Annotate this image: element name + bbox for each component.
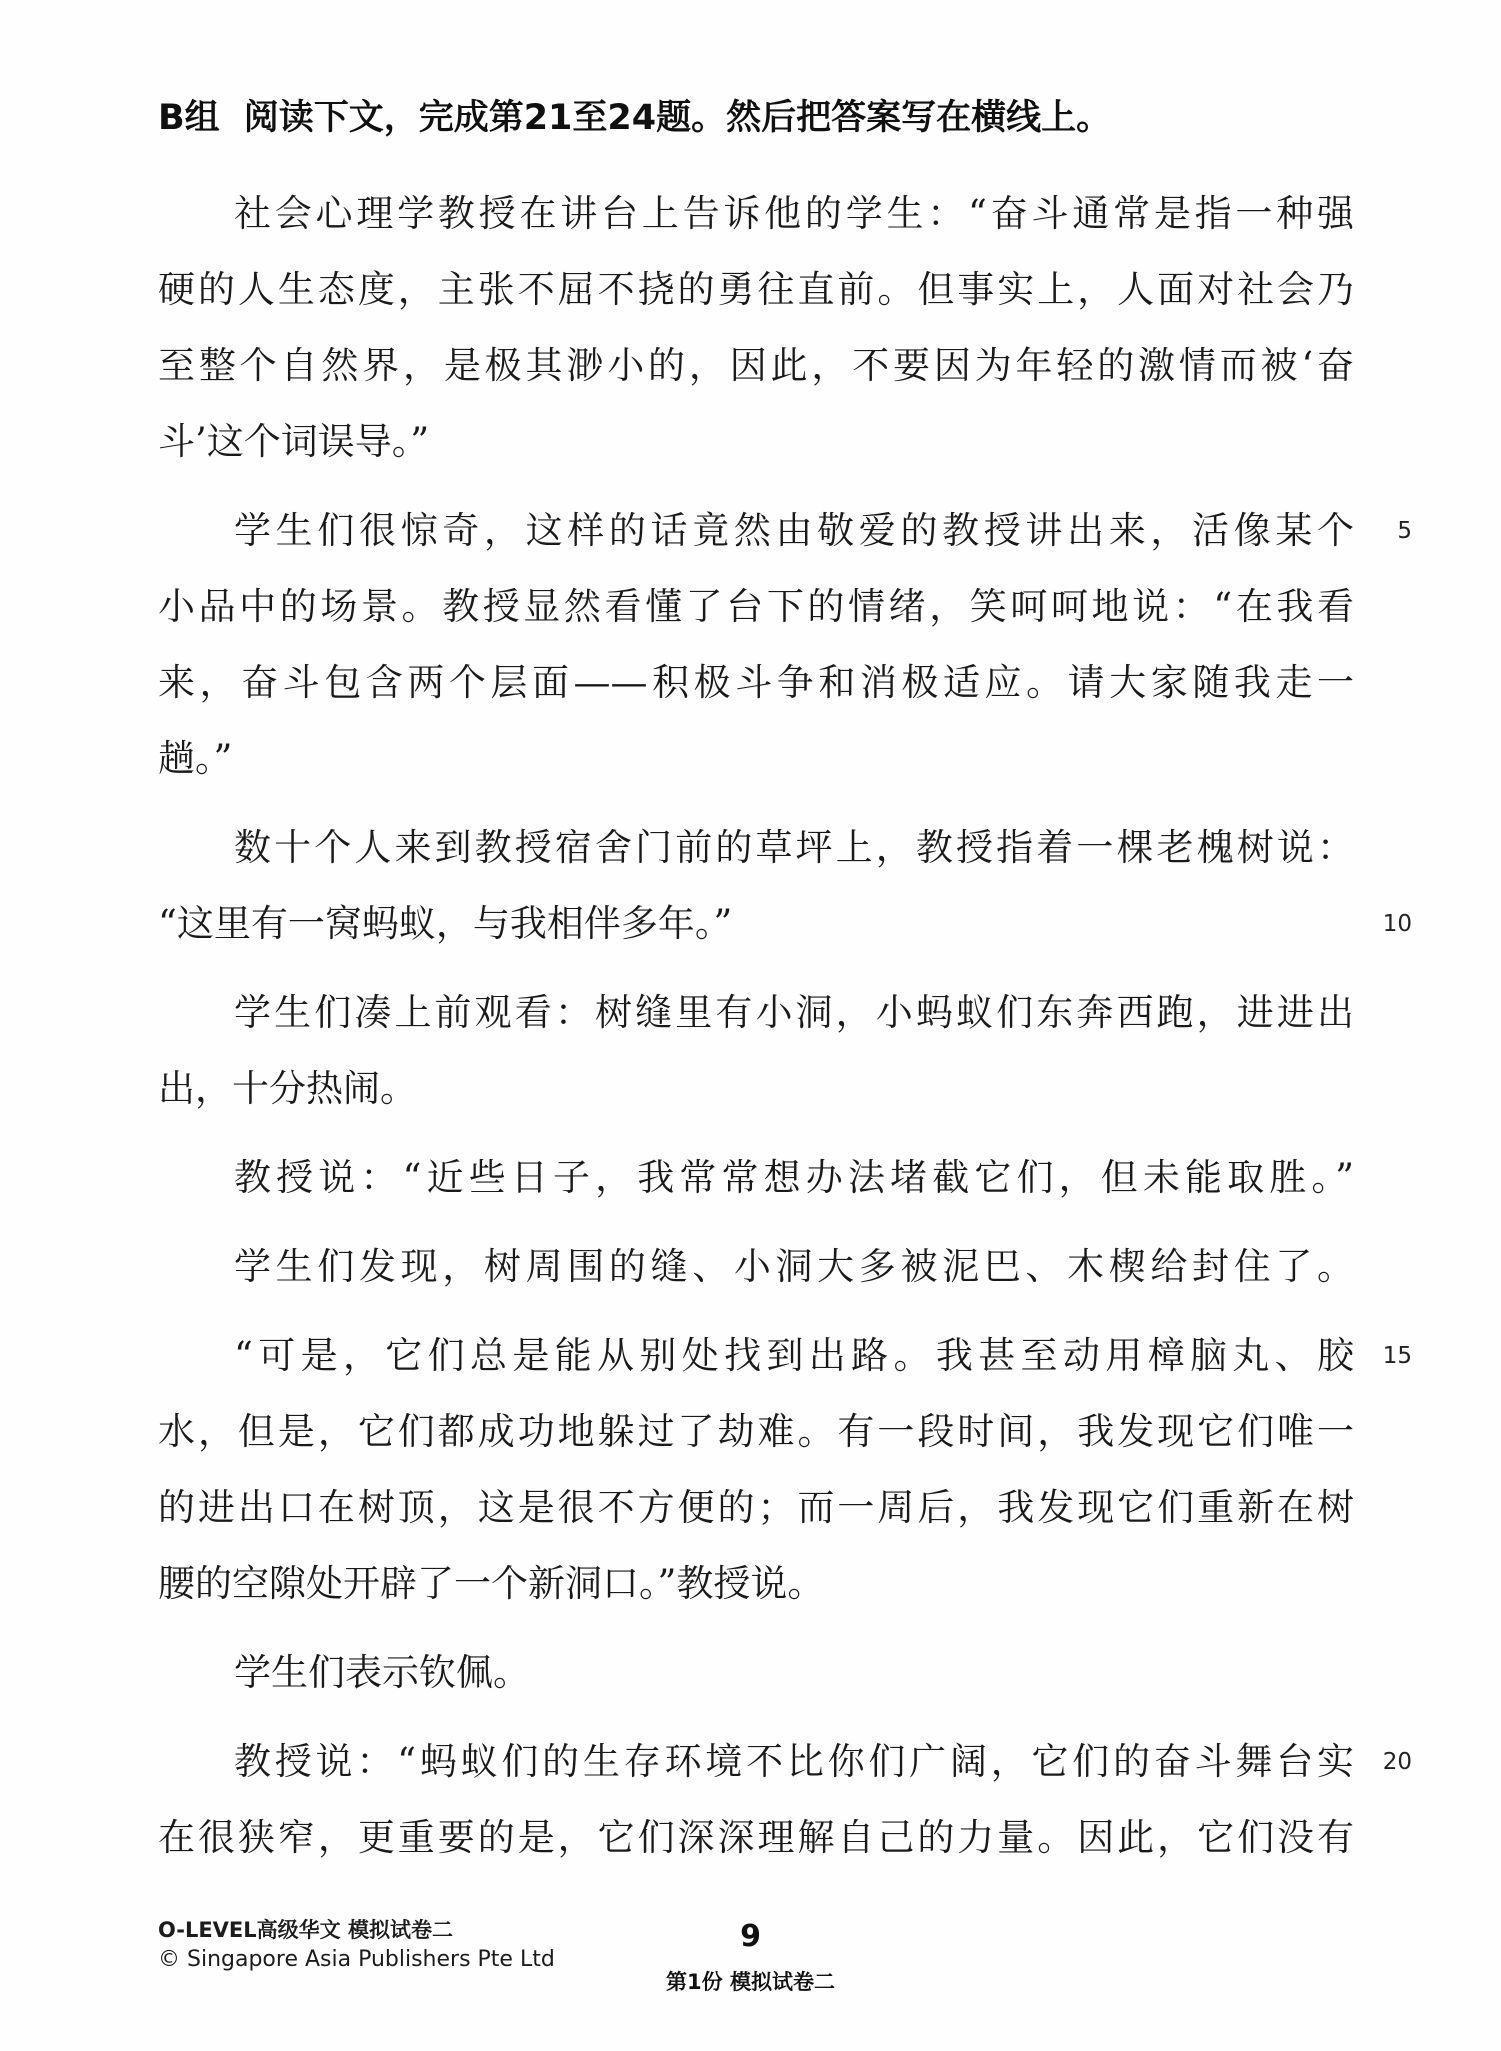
- passage-line-text: 社会心理学教授在讲台上告诉他的学生：“奋斗通常是指一种强: [158, 176, 1354, 252]
- line-number: 10: [1358, 886, 1412, 962]
- passage-line-text: 的进出口在树顶，这是很不方便的；而一周后，我发现它们重新在树: [158, 1470, 1354, 1546]
- section-instruction: 阅读下文，完成第21至24题。然后把答案写在横线上。: [244, 95, 1111, 141]
- footer-section-label: 第1份 模拟试卷二: [666, 1966, 835, 1996]
- passage-line-text: 出，十分热闹。: [158, 1051, 1354, 1127]
- passage-line-text: 斗’这个词误导。”: [158, 404, 1354, 480]
- passage: 社会心理学教授在讲台上告诉他的学生：“奋斗通常是指一种强 硬的人生态度，主张不屈…: [158, 176, 1354, 1876]
- passage-line: “可是，它们总是能从别处找到出路。我甚至动用樟脑丸、胶 15: [158, 1318, 1354, 1394]
- passage-line: 学生们凑上前观看：树缝里有小洞，小蚂蚁们东奔西跑，进进出: [158, 975, 1354, 1051]
- line-number: 20: [1358, 1724, 1412, 1800]
- line-number: 5: [1358, 493, 1412, 569]
- passage-line-text: 水，但是，它们都成功地躲过了劫难。有一段时间，我发现它们唯一: [158, 1394, 1354, 1470]
- passage-line-text: 在很狭窄，更重要的是，它们深深理解自己的力量。因此，它们没有: [158, 1800, 1354, 1876]
- passage-line-text: 学生们发现，树周围的缝、小洞大多被泥巴、木楔给封住了。: [158, 1229, 1354, 1305]
- passage-line: 硬的人生态度，主张不屈不挠的勇往直前。但事实上，人面对社会乃: [158, 252, 1354, 328]
- section-label: B组: [158, 95, 220, 141]
- passage-line: 学生们很惊奇，这样的话竟然由敬爱的教授讲出来，活像某个 5: [158, 493, 1354, 569]
- passage-line: 出，十分热闹。: [158, 1051, 1354, 1127]
- copyright-notice: © Singapore Asia Publishers Pte Ltd: [158, 1945, 555, 1974]
- passage-line: 教授说：“蚂蚁们的生存环境不比你们广阔，它们的奋斗舞台实 20: [158, 1724, 1354, 1800]
- passage-line: 趟。”: [158, 721, 1354, 797]
- passage-line: 水，但是，它们都成功地躲过了劫难。有一段时间，我发现它们唯一: [158, 1394, 1354, 1470]
- passage-line-text: 腰的空隙处开辟了一个新洞口。”教授说。: [158, 1546, 1354, 1622]
- passage-line-text: 数十个人来到教授宿舍门前的草坪上，教授指着一棵老槐树说：: [158, 810, 1354, 886]
- passage-line-text: “可是，它们总是能从别处找到出路。我甚至动用樟脑丸、胶: [158, 1318, 1354, 1394]
- passage-line-text: “这里有一窝蚂蚁，与我相伴多年。”: [158, 886, 1354, 962]
- page-number: 9: [666, 1920, 835, 1954]
- book-title: O-LEVEL高级华文 模拟试卷二: [158, 1916, 555, 1945]
- footer-left: O-LEVEL高级华文 模拟试卷二 © Singapore Asia Publi…: [158, 1916, 555, 1974]
- passage-line: 学生们表示钦佩。: [158, 1635, 1354, 1711]
- passage-line: 至整个自然界，是极其渺小的，因此，不要因为年轻的激情而被‘奋: [158, 328, 1354, 404]
- footer-center: 9 第1份 模拟试卷二: [666, 1920, 835, 1996]
- passage-line: 数十个人来到教授宿舍门前的草坪上，教授指着一棵老槐树说：: [158, 810, 1354, 886]
- passage-line: 学生们发现，树周围的缝、小洞大多被泥巴、木楔给封住了。: [158, 1229, 1354, 1305]
- passage-line: 腰的空隙处开辟了一个新洞口。”教授说。: [158, 1546, 1354, 1622]
- passage-line: 来，奋斗包含两个层面——积极斗争和消极适应。请大家随我走一: [158, 645, 1354, 721]
- passage-line-text: 教授说：“近些日子，我常常想办法堵截它们，但未能取胜。”: [158, 1140, 1354, 1216]
- passage-line: “这里有一窝蚂蚁，与我相伴多年。” 10: [158, 886, 1354, 962]
- passage-line: 的进出口在树顶，这是很不方便的；而一周后，我发现它们重新在树: [158, 1470, 1354, 1546]
- section-header: B组 阅读下文，完成第21至24题。然后把答案写在横线上。: [158, 95, 1111, 141]
- passage-line: 在很狭窄，更重要的是，它们深深理解自己的力量。因此，它们没有: [158, 1800, 1354, 1876]
- passage-line-text: 学生们表示钦佩。: [158, 1635, 1354, 1711]
- passage-line: 斗’这个词误导。”: [158, 404, 1354, 480]
- passage-line-text: 来，奋斗包含两个层面——积极斗争和消极适应。请大家随我走一: [158, 645, 1354, 721]
- passage-line: 社会心理学教授在讲台上告诉他的学生：“奋斗通常是指一种强: [158, 176, 1354, 252]
- passage-line-text: 学生们凑上前观看：树缝里有小洞，小蚂蚁们东奔西跑，进进出: [158, 975, 1354, 1051]
- passage-line-text: 学生们很惊奇，这样的话竟然由敬爱的教授讲出来，活像某个: [158, 493, 1354, 569]
- passage-line: 教授说：“近些日子，我常常想办法堵截它们，但未能取胜。”: [158, 1140, 1354, 1216]
- passage-line-text: 趟。”: [158, 721, 1354, 797]
- passage-line-text: 至整个自然界，是极其渺小的，因此，不要因为年轻的激情而被‘奋: [158, 328, 1354, 404]
- document-page: B组 阅读下文，完成第21至24题。然后把答案写在横线上。 社会心理学教授在讲台…: [0, 0, 1501, 2051]
- passage-line-text: 小品中的场景。教授显然看懂了台下的情绪，笑呵呵地说：“在我看: [158, 569, 1354, 645]
- passage-line-text: 教授说：“蚂蚁们的生存环境不比你们广阔，它们的奋斗舞台实: [158, 1724, 1354, 1800]
- line-number: 15: [1358, 1318, 1412, 1394]
- passage-line-text: 硬的人生态度，主张不屈不挠的勇往直前。但事实上，人面对社会乃: [158, 252, 1354, 328]
- passage-line: 小品中的场景。教授显然看懂了台下的情绪，笑呵呵地说：“在我看: [158, 569, 1354, 645]
